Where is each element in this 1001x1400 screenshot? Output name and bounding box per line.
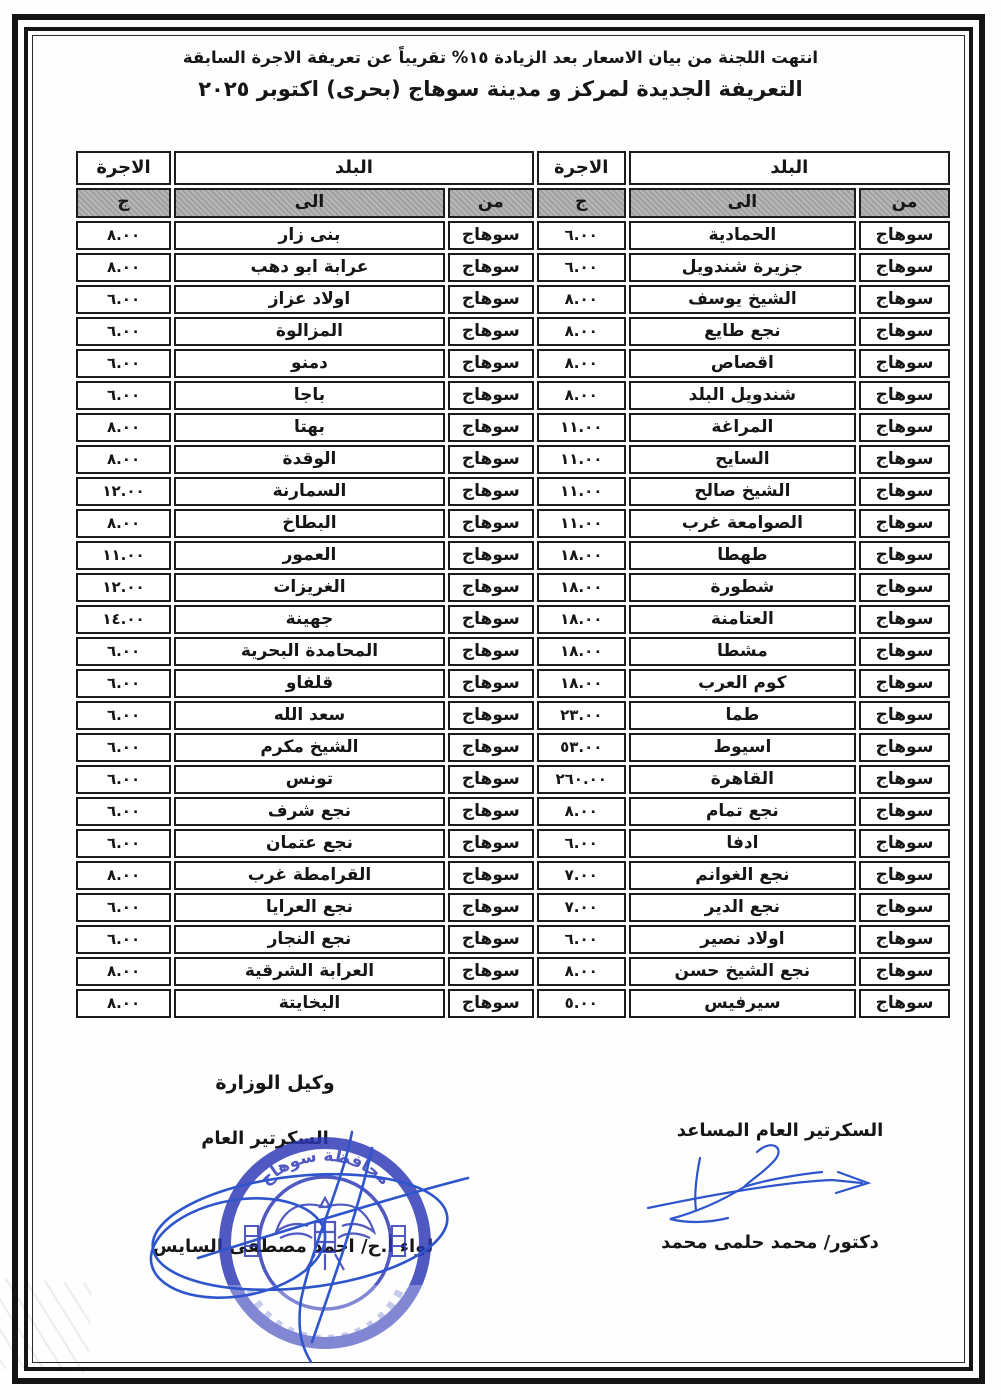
cell-to-right: اقصاص: [629, 349, 856, 378]
cell-to-left: نجع عتمان: [174, 829, 445, 858]
cell-fare-left: ٨.٠٠: [76, 221, 171, 250]
table-group-header-row: البلد الاجرة البلد الاجرة: [76, 151, 950, 185]
cell-to-right: طهطا: [629, 541, 856, 570]
cell-fare-right: ٥٣.٠٠: [537, 733, 626, 762]
cell-to-left: البطاخ: [174, 509, 445, 538]
cell-from-right: سوهاج: [859, 413, 950, 442]
cell-fare-left: ٦.٠٠: [76, 637, 171, 666]
cell-fare-right: ٧.٠٠: [537, 893, 626, 922]
table-row: سوهاجشطورة١٨.٠٠سوهاجالغريزات١٢.٠٠: [76, 573, 950, 602]
cell-fare-right: ١١.٠٠: [537, 477, 626, 506]
cell-from-right: سوهاج: [859, 925, 950, 954]
cell-fare-left: ٦.٠٠: [76, 925, 171, 954]
cell-to-right: الشيخ صالح: [629, 477, 856, 506]
cell-fare-right: ٦.٠٠: [537, 221, 626, 250]
cell-to-left: باجا: [174, 381, 445, 410]
cell-to-right: الشيخ يوسف: [629, 285, 856, 314]
cell-to-right: نجع الدير: [629, 893, 856, 922]
cell-to-right: ادفا: [629, 829, 856, 858]
cell-fare-right: ٧.٠٠: [537, 861, 626, 890]
cell-fare-left: ٨.٠٠: [76, 445, 171, 474]
cell-to-right: نجع تمام: [629, 797, 856, 826]
col-header-fare-unit-left: ج: [76, 188, 171, 218]
cell-from-left: سوهاج: [448, 669, 534, 698]
table-row: سوهاجشندويل البلد٨.٠٠سوهاجباجا٦.٠٠: [76, 381, 950, 410]
cell-to-left: تونس: [174, 765, 445, 794]
cell-to-right: مشطا: [629, 637, 856, 666]
cell-fare-right: ٨.٠٠: [537, 285, 626, 314]
cell-from-left: سوهاج: [448, 957, 534, 986]
cell-fare-left: ٨.٠٠: [76, 861, 171, 890]
table-row: سوهاجنجع الغوانم٧.٠٠سوهاجالقرامطة غرب٨.٠…: [76, 861, 950, 890]
cell-from-right: سوهاج: [859, 669, 950, 698]
cell-fare-right: ١١.٠٠: [537, 445, 626, 474]
cell-fare-left: ٨.٠٠: [76, 413, 171, 442]
cell-from-right: سوهاج: [859, 701, 950, 730]
cell-to-right: الحمادية: [629, 221, 856, 250]
table-row: سوهاجالشيخ صالح١١.٠٠سوهاجالسمارنة١٢.٠٠: [76, 477, 950, 506]
cell-from-left: سوهاج: [448, 445, 534, 474]
cell-from-right: سوهاج: [859, 541, 950, 570]
cell-from-left: سوهاج: [448, 637, 534, 666]
fare-table: البلد الاجرة البلد الاجرة من الى ج من ال…: [73, 148, 953, 1021]
cell-from-left: سوهاج: [448, 349, 534, 378]
signature-left-title-2: السكرتير العام: [150, 1128, 380, 1149]
cell-from-right: سوهاج: [859, 605, 950, 634]
signature-right-title: السكرتير العام المساعد: [630, 1120, 930, 1141]
cell-to-right: الصوامعة غرب: [629, 509, 856, 538]
cell-fare-left: ٨.٠٠: [76, 957, 171, 986]
cell-fare-left: ٦.٠٠: [76, 285, 171, 314]
table-row: سوهاجنجع تمام٨.٠٠سوهاجنجع شرف٦.٠٠: [76, 797, 950, 826]
cell-to-left: السمارنة: [174, 477, 445, 506]
cell-to-right: طما: [629, 701, 856, 730]
cell-fare-left: ٦.٠٠: [76, 733, 171, 762]
cell-to-left: الوقدة: [174, 445, 445, 474]
cell-fare-left: ٦.٠٠: [76, 349, 171, 378]
cell-from-right: سوهاج: [859, 509, 950, 538]
header-line-2: التعريفة الجديدة لمركز و مدينة سوهاج (بح…: [70, 77, 931, 101]
cell-to-right: نجع طايع: [629, 317, 856, 346]
cell-fare-right: ١٨.٠٠: [537, 637, 626, 666]
fare-table-container: البلد الاجرة البلد الاجرة من الى ج من ال…: [73, 148, 953, 1021]
cell-to-right: القاهرة: [629, 765, 856, 794]
cell-from-right: سوهاج: [859, 765, 950, 794]
group-header-country-left: البلد: [174, 151, 534, 185]
cell-to-left: البخايتة: [174, 989, 445, 1018]
table-row: سوهاجنجع الشيخ حسن٨.٠٠سوهاجالعرابة الشرق…: [76, 957, 950, 986]
cell-from-right: سوهاج: [859, 989, 950, 1018]
cell-from-right: سوهاج: [859, 893, 950, 922]
cell-to-right: شندويل البلد: [629, 381, 856, 410]
cell-from-right: سوهاج: [859, 349, 950, 378]
col-header-fare-unit-right: ج: [537, 188, 626, 218]
signature-left-title-1: وكيل الوزارة: [150, 1072, 400, 1094]
cell-fare-left: ٦.٠٠: [76, 829, 171, 858]
cell-to-right: اسيوط: [629, 733, 856, 762]
cell-fare-left: ٦.٠٠: [76, 765, 171, 794]
cell-from-left: سوهاج: [448, 573, 534, 602]
cell-from-right: سوهاج: [859, 861, 950, 890]
table-row: سوهاجالعتامنة١٨.٠٠سوهاججهينة١٤.٠٠: [76, 605, 950, 634]
cell-fare-right: ١٨.٠٠: [537, 605, 626, 634]
cell-from-left: سوهاج: [448, 733, 534, 762]
cell-from-left: سوهاج: [448, 509, 534, 538]
cell-from-left: سوهاج: [448, 701, 534, 730]
cell-to-right: نجع الغوانم: [629, 861, 856, 890]
cell-to-left: اولاد عزاز: [174, 285, 445, 314]
cell-to-left: نجع العرايا: [174, 893, 445, 922]
cell-fare-right: ٦.٠٠: [537, 925, 626, 954]
table-row: سوهاجنجع الدير٧.٠٠سوهاجنجع العرايا٦.٠٠: [76, 893, 950, 922]
cell-from-left: سوهاج: [448, 253, 534, 282]
signature-left-name: لواء أ.ح/ احمد مصطفى السايس: [108, 1236, 478, 1257]
cell-fare-right: ١٨.٠٠: [537, 541, 626, 570]
cell-fare-left: ١٢.٠٠: [76, 573, 171, 602]
col-header-from-left: من: [448, 188, 534, 218]
cell-to-left: نجع شرف: [174, 797, 445, 826]
cell-fare-left: ٦.٠٠: [76, 701, 171, 730]
table-row: سوهاجسيرفيس٥.٠٠سوهاجالبخايتة٨.٠٠: [76, 989, 950, 1018]
table-row: سوهاجالقاهرة٢٦٠.٠٠سوهاجتونس٦.٠٠: [76, 765, 950, 794]
table-row: سوهاجطما٢٣.٠٠سوهاجسعد الله٦.٠٠: [76, 701, 950, 730]
table-row: سوهاجالشيخ يوسف٨.٠٠سوهاجاولاد عزاز٦.٠٠: [76, 285, 950, 314]
fare-table-body: سوهاجالحمادية٦.٠٠سوهاجبنى زار٨.٠٠سوهاججز…: [76, 221, 950, 1018]
cell-fare-left: ٦.٠٠: [76, 893, 171, 922]
cell-to-left: القرامطة غرب: [174, 861, 445, 890]
cell-fare-right: ٢٦٠.٠٠: [537, 765, 626, 794]
cell-from-left: سوهاج: [448, 989, 534, 1018]
cell-to-left: العرابة الشرقية: [174, 957, 445, 986]
cell-from-left: سوهاج: [448, 829, 534, 858]
cell-fare-right: ٨.٠٠: [537, 317, 626, 346]
cell-from-left: سوهاج: [448, 893, 534, 922]
cell-from-right: سوهاج: [859, 733, 950, 762]
table-row: سوهاجادفا٦.٠٠سوهاجنجع عتمان٦.٠٠: [76, 829, 950, 858]
cell-from-left: سوهاج: [448, 541, 534, 570]
cell-from-right: سوهاج: [859, 637, 950, 666]
table-row: سوهاجالصوامعة غرب١١.٠٠سوهاجالبطاخ٨.٠٠: [76, 509, 950, 538]
signature-right-name: دكتور/ محمد حلمى محمد: [615, 1232, 925, 1253]
cell-fare-right: ٨.٠٠: [537, 381, 626, 410]
cell-from-right: سوهاج: [859, 317, 950, 346]
table-row: سوهاجالسايح١١.٠٠سوهاجالوقدة٨.٠٠: [76, 445, 950, 474]
cell-from-left: سوهاج: [448, 285, 534, 314]
cell-from-left: سوهاج: [448, 413, 534, 442]
cell-from-left: سوهاج: [448, 797, 534, 826]
group-header-fare-left: الاجرة: [76, 151, 171, 185]
table-row: سوهاجاولاد نصير٦.٠٠سوهاجنجع النجار٦.٠٠: [76, 925, 950, 954]
cell-from-right: سوهاج: [859, 381, 950, 410]
cell-fare-left: ١٤.٠٠: [76, 605, 171, 634]
cell-fare-left: ١١.٠٠: [76, 541, 171, 570]
cell-fare-left: ٦.٠٠: [76, 381, 171, 410]
table-row: سوهاجاقصاص٨.٠٠سوهاجدمنو٦.٠٠: [76, 349, 950, 378]
cell-to-right: سيرفيس: [629, 989, 856, 1018]
table-row: سوهاجكوم العرب١٨.٠٠سوهاجقلفاو٦.٠٠: [76, 669, 950, 698]
cell-fare-right: ٨.٠٠: [537, 797, 626, 826]
cell-fare-left: ٨.٠٠: [76, 989, 171, 1018]
cell-to-left: الشيخ مكرم: [174, 733, 445, 762]
group-header-fare-right: الاجرة: [537, 151, 626, 185]
document-header: انتهت اللجنة من بيان الاسعار بعد الزيادة…: [70, 48, 931, 101]
cell-to-right: العتامنة: [629, 605, 856, 634]
table-row: سوهاجالمراغة١١.٠٠سوهاجبهتا٨.٠٠: [76, 413, 950, 442]
cell-from-left: سوهاج: [448, 765, 534, 794]
cell-to-left: عرابة ابو دهب: [174, 253, 445, 282]
table-row: سوهاجاسيوط٥٣.٠٠سوهاجالشيخ مكرم٦.٠٠: [76, 733, 950, 762]
cell-fare-right: ١١.٠٠: [537, 509, 626, 538]
cell-to-right: نجع الشيخ حسن: [629, 957, 856, 986]
scanned-document-page: انتهت اللجنة من بيان الاسعار بعد الزيادة…: [0, 0, 1001, 1400]
cell-fare-right: ١٨.٠٠: [537, 573, 626, 602]
cell-fare-left: ٨.٠٠: [76, 509, 171, 538]
cell-fare-right: ٢٣.٠٠: [537, 701, 626, 730]
cell-fare-right: ١٨.٠٠: [537, 669, 626, 698]
cell-fare-left: ١٢.٠٠: [76, 477, 171, 506]
cell-fare-right: ٨.٠٠: [537, 349, 626, 378]
cell-to-left: المزالوة: [174, 317, 445, 346]
cell-from-right: سوهاج: [859, 573, 950, 602]
cell-from-left: سوهاج: [448, 861, 534, 890]
group-header-country-right: البلد: [629, 151, 950, 185]
header-line-1: انتهت اللجنة من بيان الاسعار بعد الزيادة…: [70, 48, 931, 67]
cell-fare-left: ٦.٠٠: [76, 797, 171, 826]
table-sub-header-row: من الى ج من الى ج: [76, 188, 950, 218]
cell-from-left: سوهاج: [448, 477, 534, 506]
cell-from-left: سوهاج: [448, 925, 534, 954]
cell-to-left: جهينة: [174, 605, 445, 634]
cell-from-right: سوهاج: [859, 797, 950, 826]
cell-to-right: اولاد نصير: [629, 925, 856, 954]
cell-from-right: سوهاج: [859, 477, 950, 506]
col-header-from-right: من: [859, 188, 950, 218]
cell-fare-right: ٨.٠٠: [537, 957, 626, 986]
table-row: سوهاجمشطا١٨.٠٠سوهاجالمحامدة البحرية٦.٠٠: [76, 637, 950, 666]
cell-from-right: سوهاج: [859, 957, 950, 986]
cell-to-left: العمور: [174, 541, 445, 570]
cell-fare-left: ٦.٠٠: [76, 317, 171, 346]
cell-to-right: جزيرة شندويل: [629, 253, 856, 282]
cell-fare-left: ٦.٠٠: [76, 669, 171, 698]
table-row: سوهاججزيرة شندويل٦.٠٠سوهاجعرابة ابو دهب٨…: [76, 253, 950, 282]
col-header-to-left: الى: [174, 188, 445, 218]
cell-to-left: المحامدة البحرية: [174, 637, 445, 666]
cell-to-left: بهتا: [174, 413, 445, 442]
cell-from-left: سوهاج: [448, 605, 534, 634]
cell-fare-right: ٦.٠٠: [537, 253, 626, 282]
cell-fare-right: ١١.٠٠: [537, 413, 626, 442]
cell-from-right: سوهاج: [859, 285, 950, 314]
table-row: سوهاجنجع طايع٨.٠٠سوهاجالمزالوة٦.٠٠: [76, 317, 950, 346]
cell-to-right: شطورة: [629, 573, 856, 602]
cell-to-left: بنى زار: [174, 221, 445, 250]
cell-from-left: سوهاج: [448, 221, 534, 250]
cell-fare-right: ٥.٠٠: [537, 989, 626, 1018]
cell-fare-left: ٨.٠٠: [76, 253, 171, 282]
cell-from-right: سوهاج: [859, 445, 950, 474]
table-row: سوهاجطهطا١٨.٠٠سوهاجالعمور١١.٠٠: [76, 541, 950, 570]
cell-to-left: قلفاو: [174, 669, 445, 698]
col-header-to-right: الى: [629, 188, 856, 218]
cell-to-right: المراغة: [629, 413, 856, 442]
cell-from-right: سوهاج: [859, 221, 950, 250]
cell-from-right: سوهاج: [859, 253, 950, 282]
cell-to-right: السايح: [629, 445, 856, 474]
cell-from-right: سوهاج: [859, 829, 950, 858]
cell-from-left: سوهاج: [448, 317, 534, 346]
cell-from-left: سوهاج: [448, 381, 534, 410]
cell-to-left: دمنو: [174, 349, 445, 378]
cell-to-left: سعد الله: [174, 701, 445, 730]
cell-fare-right: ٦.٠٠: [537, 829, 626, 858]
table-row: سوهاجالحمادية٦.٠٠سوهاجبنى زار٨.٠٠: [76, 221, 950, 250]
cell-to-right: كوم العرب: [629, 669, 856, 698]
cell-to-left: الغريزات: [174, 573, 445, 602]
cell-to-left: نجع النجار: [174, 925, 445, 954]
